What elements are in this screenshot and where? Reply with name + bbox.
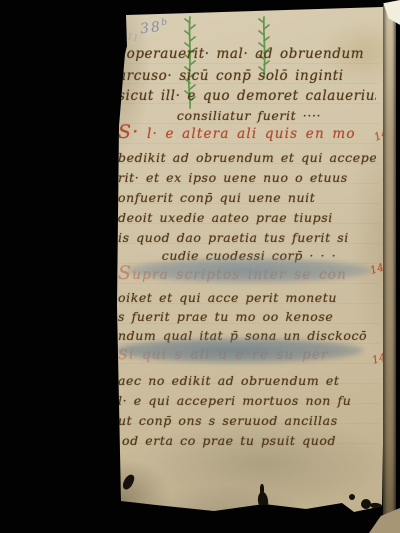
- pencil-folio-number: 38: [139, 19, 163, 38]
- ink-blot: [260, 484, 264, 496]
- text-line: rit· et ex ipso uene nuo o etuus: [118, 169, 376, 186]
- ink-blot: [349, 494, 355, 500]
- ink-smudge: [115, 338, 363, 363]
- text-line: deoit uxedie aateo prae tiupsi: [118, 209, 376, 226]
- text-line: ut conp̄ ons s seruuod ancillas: [118, 412, 376, 429]
- ink-blot: [121, 473, 136, 491]
- text-line: l· e qui acceperi mortuos non fu: [118, 392, 376, 409]
- text-line: is quod dao praetia tus fuerit si: [118, 229, 376, 246]
- manuscript-photo: 38b 11 eoperauerit· mal· ad obruendum ar…: [0, 0, 400, 533]
- text-line: consiliatur fuerit ····: [142, 107, 356, 124]
- text-line: oiket et qui acce perit monetu: [118, 289, 376, 306]
- text-line: s fuerit prae tu mo oo kenose: [118, 308, 376, 325]
- ink-smudge: [126, 258, 372, 283]
- pencil-folio-annotation: 38b: [139, 17, 170, 37]
- text-line: onfuerit conp̄ qui uene nuit: [118, 189, 376, 206]
- pencil-faint-mark: 11: [126, 32, 139, 44]
- book-fore-edge: [383, 5, 396, 531]
- ink-blot: [370, 502, 384, 510]
- text-line: arcuso· sicū conp̄ solō inginti: [118, 68, 376, 85]
- parchment-page: 38b 11 eoperauerit· mal· ad obruendum ar…: [114, 6, 386, 526]
- text-line: bedikit ad obruendum et qui accepe: [118, 149, 376, 166]
- text-line: aec no edikit ad obruendum et: [118, 372, 376, 389]
- text-line: sicut ill· e quo demoret calauerius: [118, 88, 376, 105]
- rubric-line: S· l· e altera ali quis en mo: [118, 124, 376, 143]
- text-line: od erta co prae tu psuit quod: [122, 432, 380, 449]
- pencil-folio-suffix: b: [161, 17, 170, 28]
- text-line: eoperauerit· mal· ad obruendum: [118, 46, 376, 63]
